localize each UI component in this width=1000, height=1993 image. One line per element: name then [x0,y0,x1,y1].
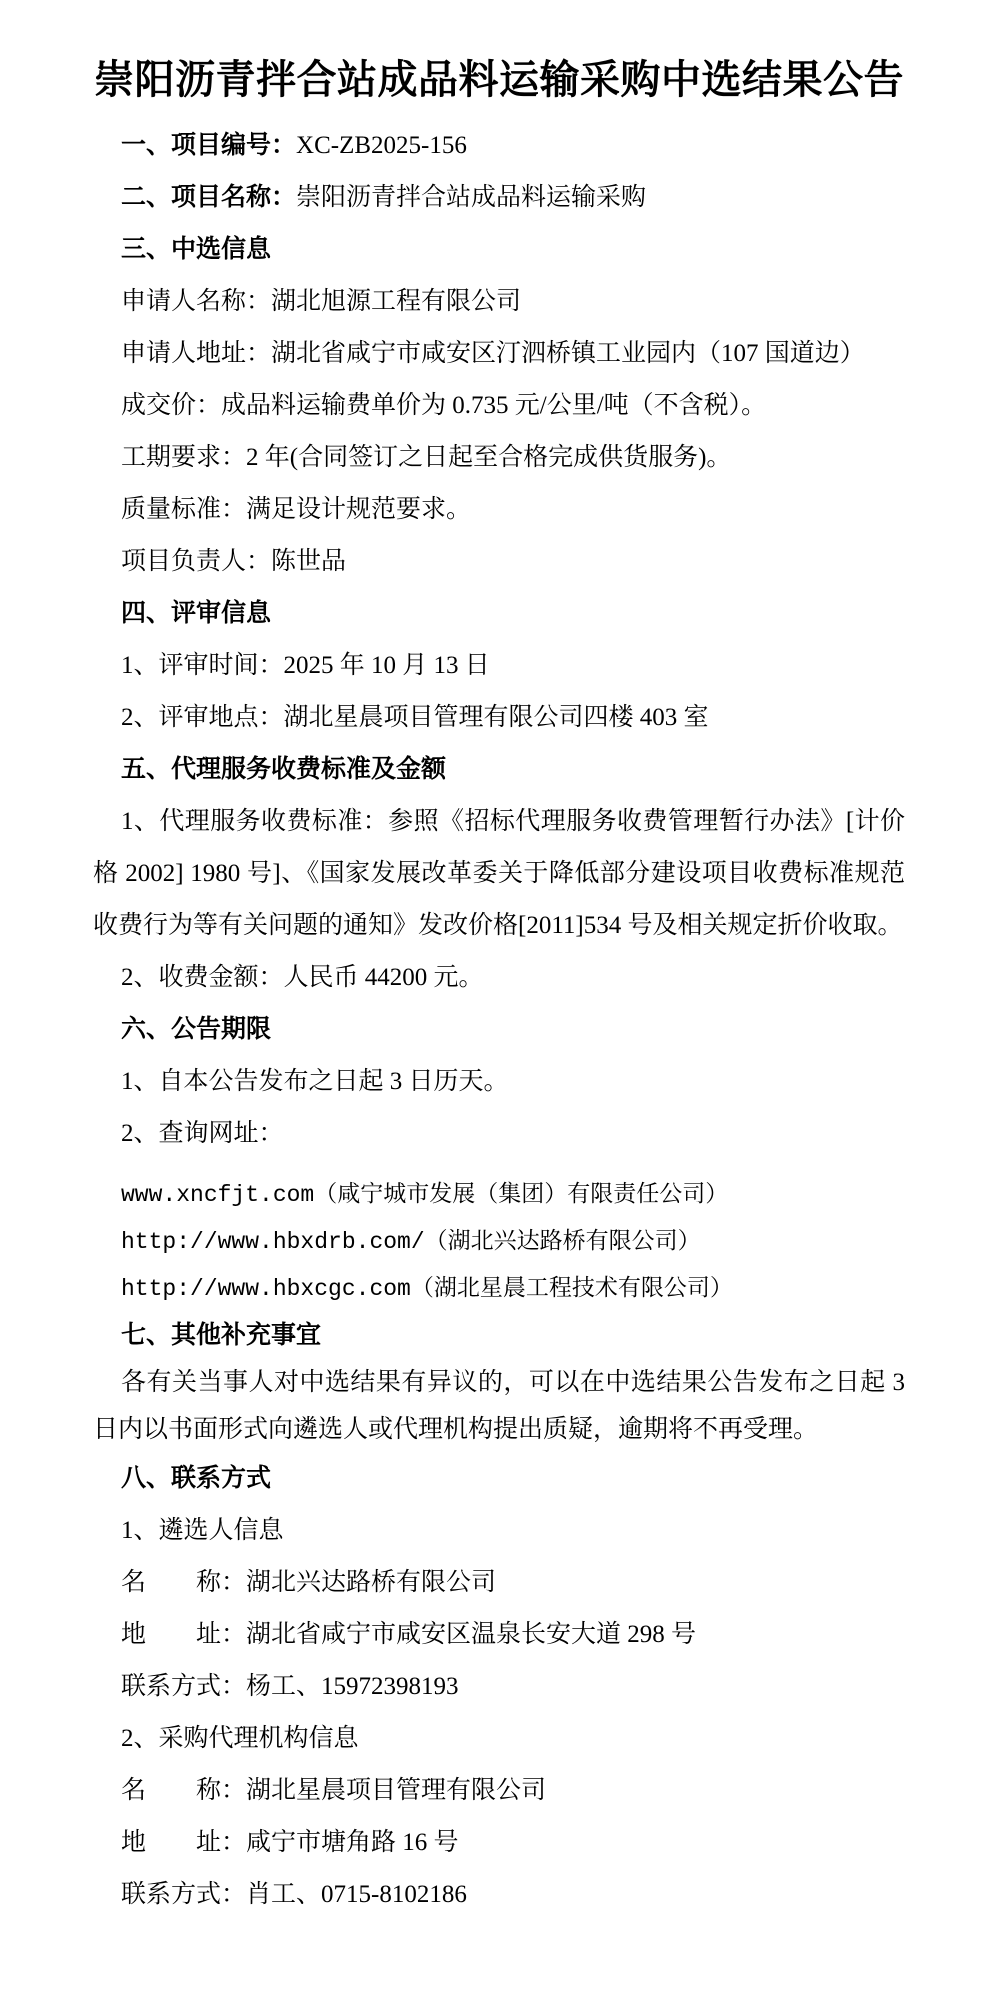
project-number-line: 一、项目编号：XC-ZB2025-156 [93,120,905,172]
agency-fee-standard-paragraph: 1、代理服务收费标准：参照《招标代理服务收费管理暂行办法》[计价格 2002] … [93,796,905,952]
agency-name-line: 名 称：湖北星晨项目管理有限公司 [93,1765,905,1817]
project-name-value: 崇阳沥青拌合站成品料运输采购 [296,184,646,211]
section-heading-review-info: 四、评审信息 [93,588,905,640]
section-heading-selection-info: 三、中选信息 [93,224,905,276]
document-title: 崇阳沥青拌合站成品料运输采购中选结果公告 [93,56,905,104]
quality-standard-line: 质量标准：满足设计规范要求。 [93,484,905,536]
selector-address-line: 地 址：湖北省咸宁市咸安区温泉长安大道 298 号 [93,1609,905,1661]
duration-requirement-line: 工期要求：2 年(合同签订之日起至合格完成供货服务)。 [93,432,905,484]
section-heading-contact-info: 八、联系方式 [93,1453,905,1505]
applicant-name-line: 申请人名称：湖北旭源工程有限公司 [93,276,905,328]
agency-fee-amount-line: 2、收费金额：人民币 44200 元。 [93,952,905,1004]
project-manager-line: 项目负责人：陈世品 [93,536,905,588]
agency-contact-line: 联系方式：肖工、0715-8102186 [93,1869,905,1921]
project-name-line: 二、项目名称：崇阳沥青拌合站成品料运输采购 [93,172,905,224]
selector-name-line: 名 称：湖北兴达路桥有限公司 [93,1557,905,1609]
section-heading-agency-fee: 五、代理服务收费标准及金额 [93,744,905,796]
deal-price-line: 成交价：成品料运输费单价为 0.735 元/公里/吨（不含税）。 [93,380,905,432]
review-time-line: 1、评审时间：2025 年 10 月 13 日 [93,640,905,692]
project-name-label: 二、项目名称： [121,184,296,211]
query-url-xncfjt: www.xncfjt.com（咸宁城市发展（集团）有限责任公司） [93,1172,905,1219]
section-heading-announcement-period: 六、公告期限 [93,1004,905,1056]
announcement-duration-line: 1、自本公告发布之日起 3 日历天。 [93,1056,905,1108]
agency-address-line: 地 址：咸宁市塘角路 16 号 [93,1817,905,1869]
project-number-value: XC-ZB2025-156 [296,132,467,159]
agency-info-title-line: 2、采购代理机构信息 [93,1713,905,1765]
query-url-hbxdrb: http://www.hbxdrb.com/（湖北兴达路桥有限公司） [93,1219,905,1266]
applicant-address-line: 申请人地址：湖北省咸宁市咸安区汀泗桥镇工业园内（107 国道边） [93,328,905,380]
query-url-label-line: 2、查询网址： [93,1108,905,1160]
selector-contact-line: 联系方式：杨工、15972398193 [93,1661,905,1713]
objection-notice-paragraph: 各有关当事人对中选结果有异议的，可以在中选结果公告发布之日起 3 日内以书面形式… [93,1359,905,1453]
selector-info-title-line: 1、遴选人信息 [93,1505,905,1557]
section-heading-other-matters: 七、其他补充事宜 [93,1313,905,1359]
query-url-hbxcgc: http://www.hbxcgc.com（湖北星晨工程技术有限公司） [93,1266,905,1313]
review-location-line: 2、评审地点：湖北星晨项目管理有限公司四楼 403 室 [93,692,905,744]
project-number-label: 一、项目编号： [121,132,296,159]
announcement-document: 崇阳沥青拌合站成品料运输采购中选结果公告 一、项目编号：XC-ZB2025-15… [0,0,1000,1993]
